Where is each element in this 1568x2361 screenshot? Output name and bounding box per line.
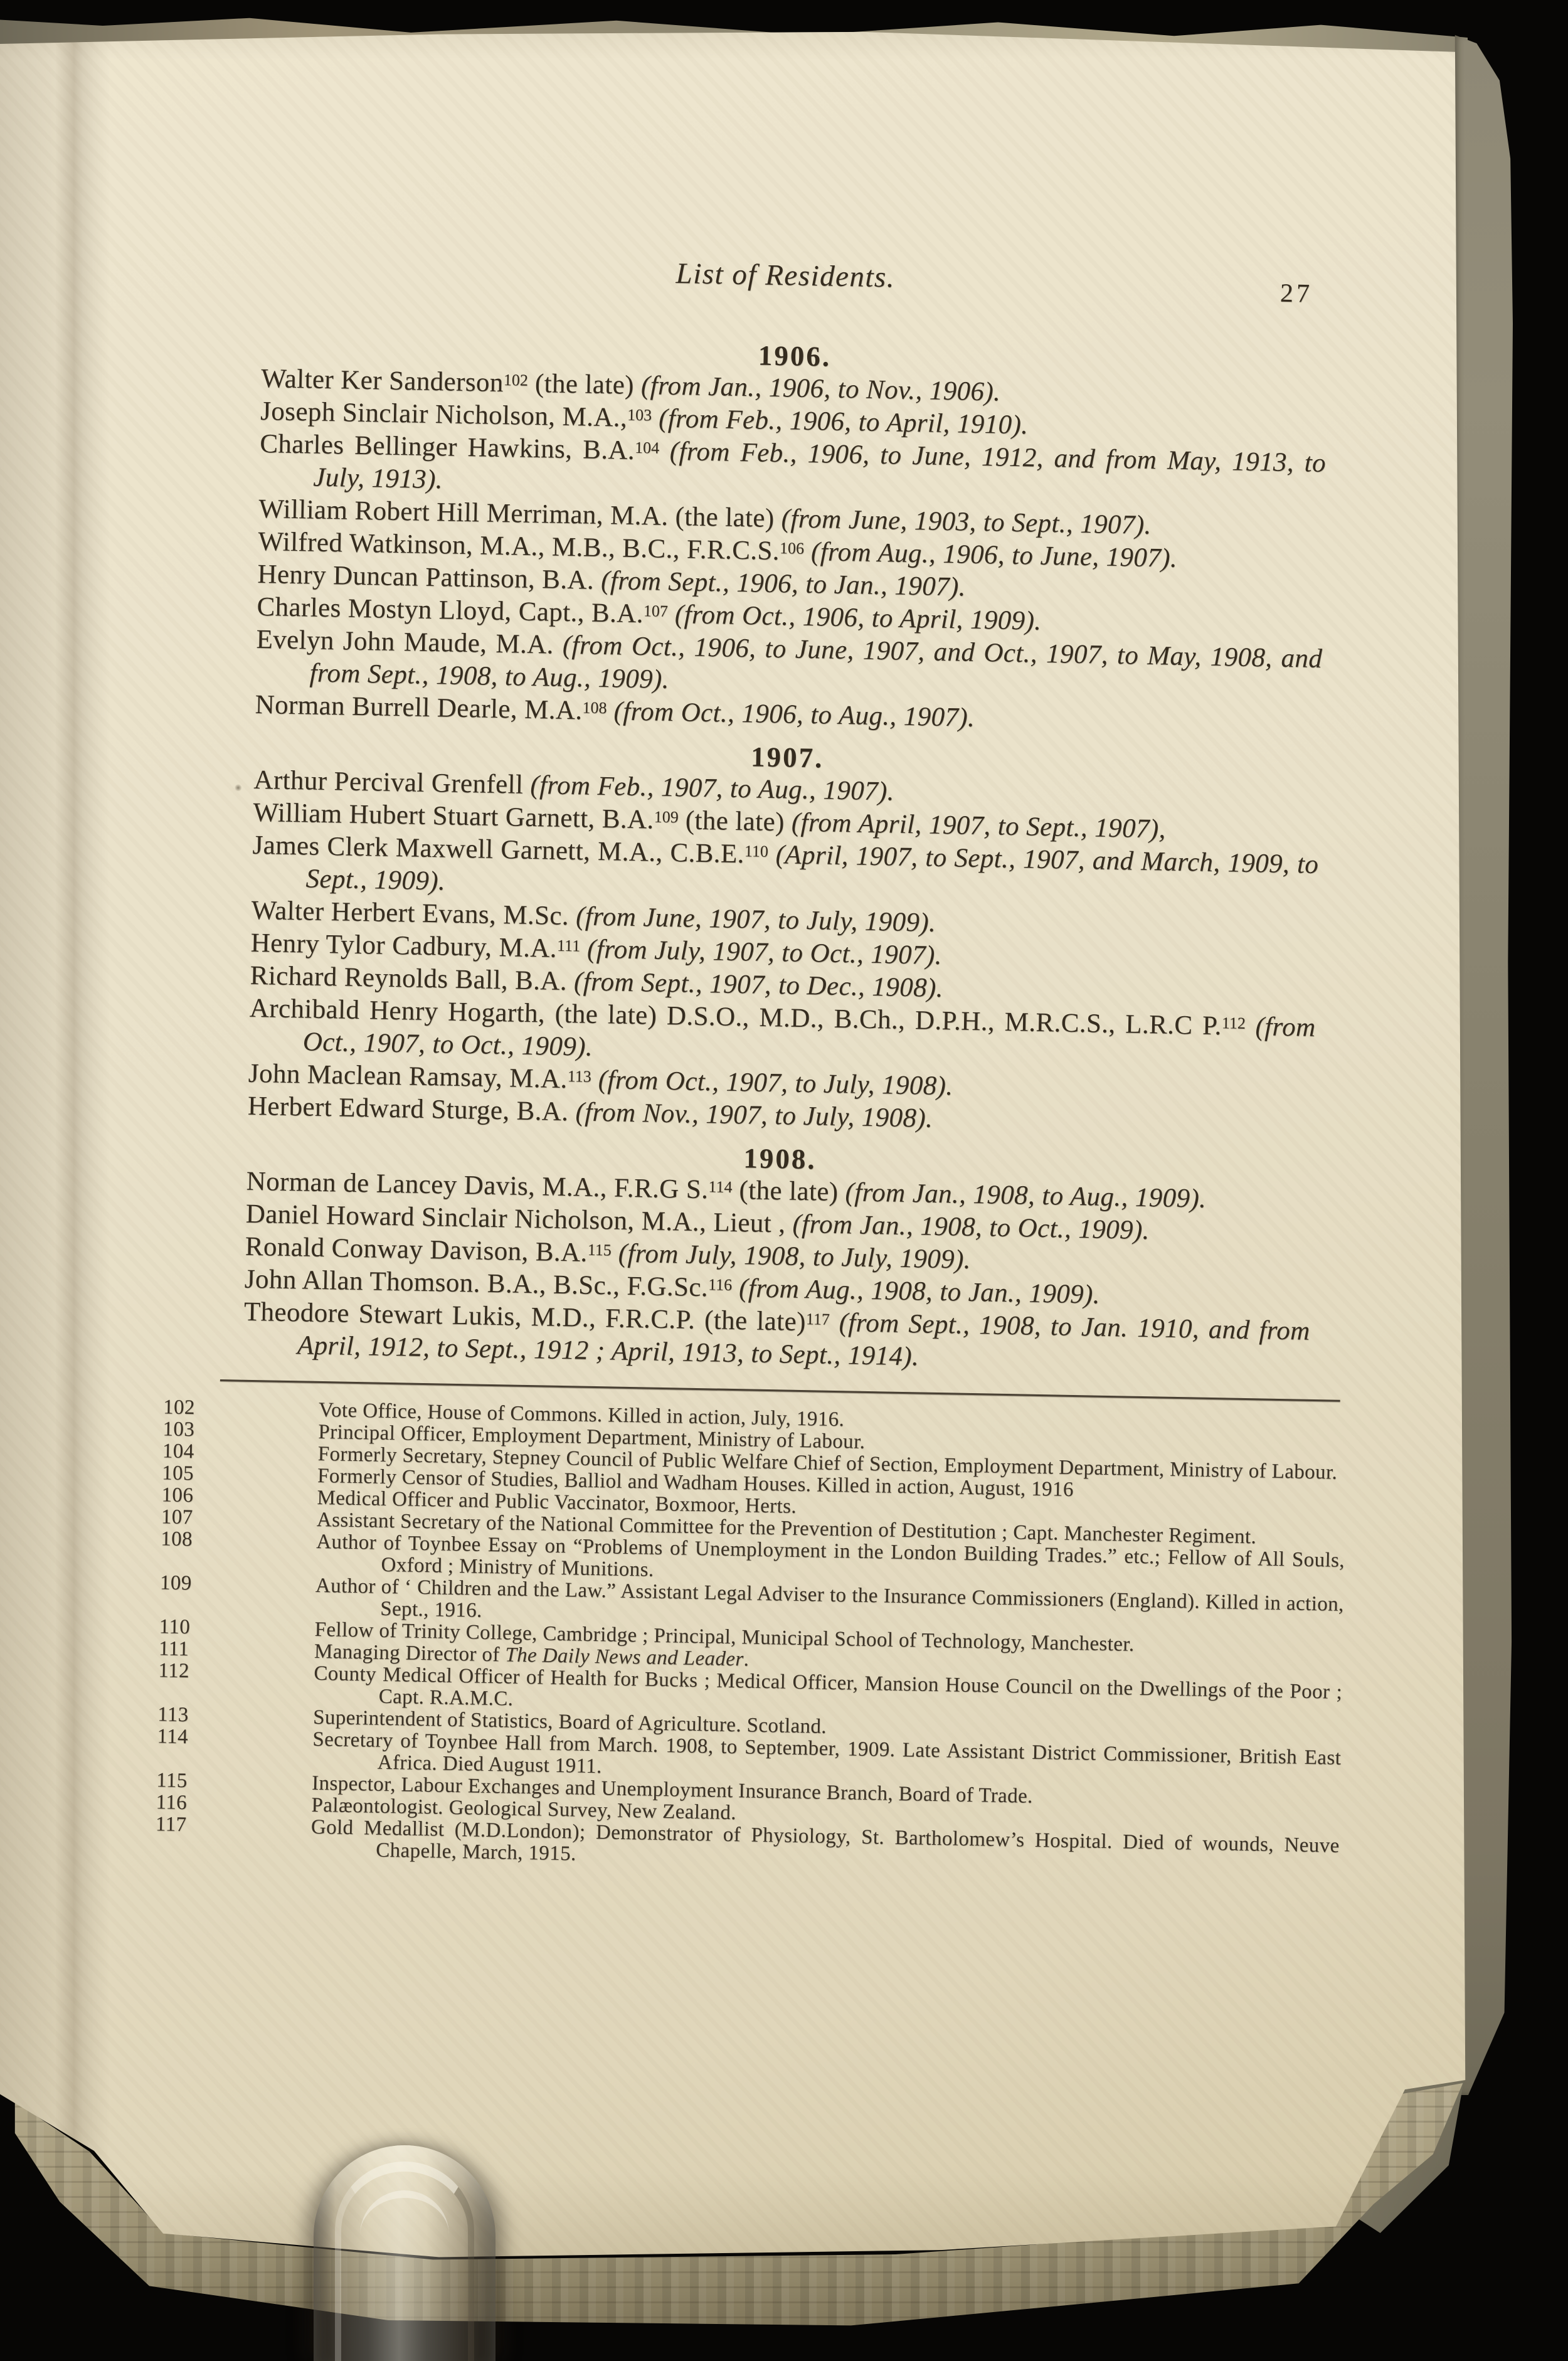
footnote-ref: 102: [504, 371, 529, 390]
resident-name: John Maclean Ramsay, M.A.: [248, 1059, 568, 1094]
footnote-number: 102: [273, 1399, 310, 1421]
resident-dates: (from Feb., 1906, to April, 1910).: [659, 404, 1029, 440]
footnote-ref: 115: [587, 1241, 612, 1260]
resident-name: Charles Mostyn Lloyd, Capt., B.A.: [257, 592, 644, 629]
footnote-ref: 103: [627, 406, 652, 425]
footnote-number: 107: [272, 1509, 309, 1531]
resident-name: Henry Duncan Pattinson, B.A.: [257, 560, 594, 595]
resident-dates: (from Oct., 1906, to April, 1909).: [675, 600, 1042, 636]
footnote-number: 103: [273, 1421, 310, 1443]
resident-dates: (from Sept., 1906, to Jan., 1907).: [601, 566, 966, 602]
resident-dates: (from Nov., 1907, to July, 1908).: [575, 1097, 933, 1133]
resident-name: Walter Herbert Evans, M.Sc.: [251, 896, 569, 931]
footnote-number: 114: [267, 1728, 304, 1751]
footnote-ref: 116: [708, 1275, 733, 1294]
resident-dates: (from Oct., 1907, to July, 1908).: [598, 1065, 953, 1101]
resident-dates: (from Jan., 1908, to Oct., 1909).: [792, 1209, 1150, 1245]
footnote-ref: 111: [557, 936, 581, 955]
resident-name: Herbert Edward Sturge, B.A.: [248, 1091, 569, 1127]
resident-name: Ronald Conway Davison, B.A.: [245, 1232, 588, 1268]
late-note: (the late): [675, 502, 775, 533]
resident-name: William Hubert Stuart Garnett, B.A.: [253, 798, 654, 835]
footnote-ref: 113: [567, 1067, 591, 1086]
footnote-ref: 108: [582, 698, 607, 717]
page-number: 27: [1280, 277, 1313, 310]
resident-dates: (from Jan., 1908, to Aug., 1909).: [845, 1177, 1207, 1214]
resident-dates: (from Aug., 1908, to Jan., 1909).: [739, 1273, 1101, 1310]
resident-dates: (from June, 1903, to Sept., 1907).: [781, 504, 1152, 540]
footnote-ref: 114: [708, 1177, 733, 1196]
resident-name: Walter Ker Sanderson: [261, 364, 504, 398]
footnote-number: 109: [270, 1574, 307, 1597]
resident-dates: (from Feb., 1907, to Aug., 1907).: [530, 770, 894, 807]
resident-dates: (from Oct., 1906, to Aug., 1907).: [613, 696, 975, 733]
footnote-ref: 110: [744, 842, 769, 861]
resident-name: Evelyn John Maude, M.A.: [256, 625, 554, 660]
resident-name: Richard Reynolds Ball, B.A.: [250, 961, 567, 996]
resident-dates: (from Aug., 1906, to June, 1907).: [811, 537, 1178, 573]
resident-name: Charles Bellinger Hawkins, B.A.: [260, 429, 635, 465]
footnote-number: 112: [268, 1662, 305, 1685]
resident-name: Arthur Percival Grenfell: [253, 765, 524, 800]
resident-name: Norman Burrell Dearle, M.A.: [255, 690, 583, 726]
book-photo-scene: List of Residents. 27 1906.Walter Ker Sa…: [0, 0, 1568, 2361]
footnote-number: 105: [272, 1465, 309, 1487]
resident-dates: (from July, 1907, to Oct., 1907).: [587, 935, 943, 970]
footnote-divider: [220, 1379, 1340, 1402]
footnote-ref: 112: [1222, 1014, 1246, 1032]
resident-dates: (from July, 1908, to July, 1909).: [618, 1239, 971, 1275]
footnote-number: 113: [268, 1706, 305, 1729]
footnote-ref: 106: [780, 539, 805, 558]
resident-name: Joseph Sinclair Nicholson, M.A.,: [260, 396, 628, 433]
footnote-number: 117: [266, 1815, 303, 1838]
transparent-page-weight: [314, 2145, 495, 2361]
printed-text-block: List of Residents. 27 1906.Walter Ker Sa…: [234, 250, 1330, 1879]
resident-name: William Robert Hill Merriman, M.A.: [258, 494, 669, 531]
footnote-text: .: [743, 1648, 749, 1670]
late-note: (the late): [535, 369, 635, 400]
resident-dates: (from Sept., 1907, to Dec., 1908).: [574, 967, 944, 1003]
footnote-number: 111: [269, 1640, 306, 1663]
footnote-number: 110: [269, 1618, 306, 1641]
resident-dates: (from April, 1907, to Sept., 1907),: [792, 808, 1167, 844]
running-title: List of Residents.: [675, 257, 895, 294]
footnote-number: 116: [266, 1794, 303, 1817]
late-note: (the late): [739, 1175, 839, 1207]
footnotes: 102Vote Office, House of Commons. Killed…: [234, 1398, 1347, 1879]
footnote-number: 115: [267, 1772, 304, 1795]
resident-dates: (from Jan., 1906, to Nov., 1906).: [641, 371, 1001, 406]
footnote-ref: 109: [654, 808, 679, 827]
footnote-ref: 104: [635, 438, 660, 457]
footnote-number: 108: [271, 1531, 308, 1553]
late-note: (the late): [685, 805, 785, 837]
footnote-number: 104: [273, 1443, 310, 1465]
footnote-number: 106: [272, 1487, 309, 1509]
footnote-ref: 107: [644, 602, 669, 620]
footnote-ref: 117: [806, 1310, 830, 1329]
resident-dates: (from June, 1907, to July, 1909).: [576, 901, 936, 938]
resident-name: Henry Tylor Cadbury, M.A.: [250, 928, 557, 963]
sections: 1906.Walter Ker Sanderson102 (the late) …: [243, 330, 1328, 1381]
